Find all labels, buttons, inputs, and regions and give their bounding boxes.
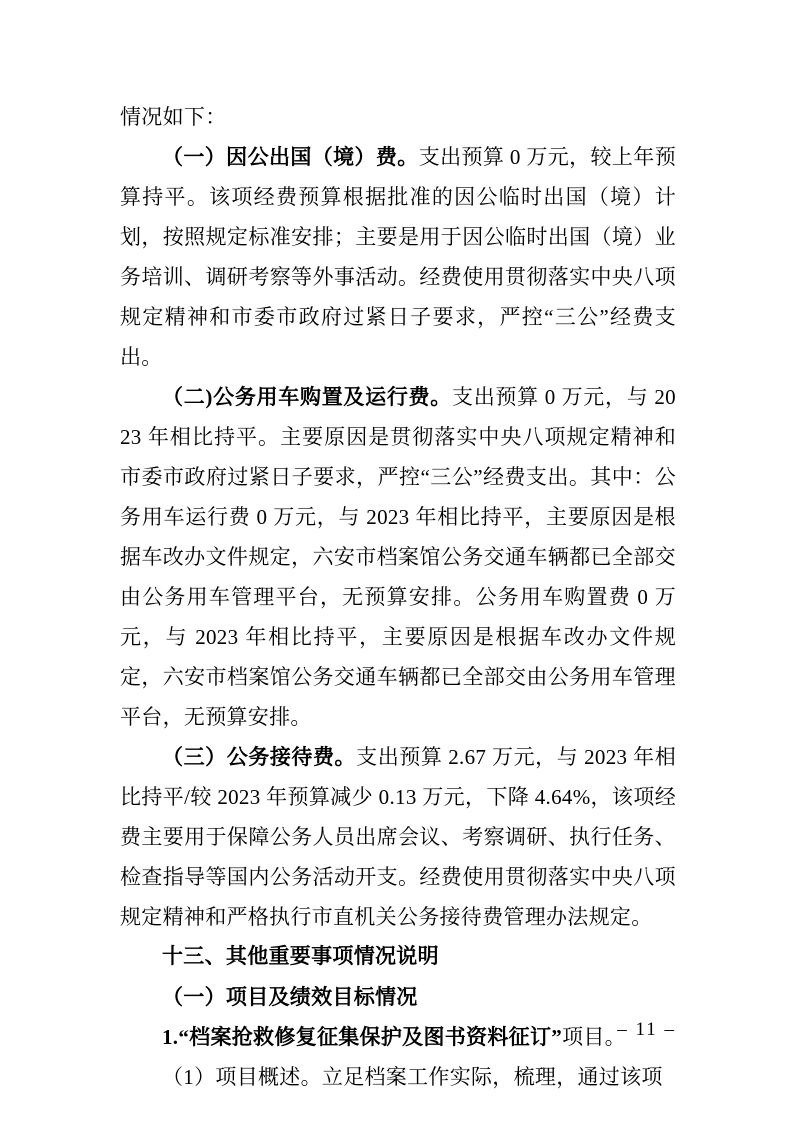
page-number: – 11 – bbox=[617, 1015, 676, 1045]
paragraph-lead-bold: （一）因公出国（境）费。 bbox=[162, 145, 419, 169]
page-number-text: – 11 – bbox=[617, 1019, 676, 1040]
text-run: 情况如下： bbox=[120, 105, 227, 129]
subsection-heading-project-performance: （一）项目及绩效目标情况 bbox=[120, 977, 676, 1017]
document-page: 情况如下： （一）因公出国（境）费。支出预算 0 万元，较上年预算持平。该项经费… bbox=[0, 0, 793, 1122]
paragraph-travel-abroad-fee: （一）因公出国（境）费。支出预算 0 万元，较上年预算持平。该项经费预算根据批准… bbox=[120, 137, 676, 377]
paragraph-project-overview: （1）项目概述。立足档案工作实际，梳理，通过该项 bbox=[120, 1057, 676, 1097]
project-title-bold: 1.“档案抢救修复征集保护及图书资料征订” bbox=[162, 1025, 562, 1049]
text-run: 支出预算 0 万元，与 2023 年相比持平。主要原因是贯彻落实中央八项规定精神… bbox=[120, 385, 676, 729]
text-run: 支出预算 2.67 万元，与 2023 年相比持平/较 2023 年预算减少 0… bbox=[120, 745, 676, 929]
section-heading-thirteen: 十三、其他重要事项情况说明 bbox=[120, 937, 676, 977]
paragraph-lead-bold: （二)公务用车购置及运行费。 bbox=[162, 385, 452, 409]
paragraph-continuation: 情况如下： bbox=[120, 97, 676, 137]
paragraph-project-title: 1.“档案抢救修复征集保护及图书资料征订”项目。 bbox=[120, 1017, 676, 1057]
section-heading-text: 十三、其他重要事项情况说明 bbox=[162, 945, 439, 968]
subsection-heading-text: （一）项目及绩效目标情况 bbox=[162, 985, 418, 1009]
paragraph-lead-bold: （三）公务接待费。 bbox=[162, 745, 356, 769]
paragraph-official-reception-fee: （三）公务接待费。支出预算 2.67 万元，与 2023 年相比持平/较 202… bbox=[120, 737, 676, 937]
paragraph-official-vehicle-fee: （二)公务用车购置及运行费。支出预算 0 万元，与 2023 年相比持平。主要原… bbox=[120, 377, 676, 737]
text-run: 支出预算 0 万元，较上年预算持平。该项经费预算根据批准的因公临时出国（境）计划… bbox=[120, 145, 676, 369]
text-run: （1）项目概述。立足档案工作实际，梳理，通过该项 bbox=[162, 1065, 663, 1089]
